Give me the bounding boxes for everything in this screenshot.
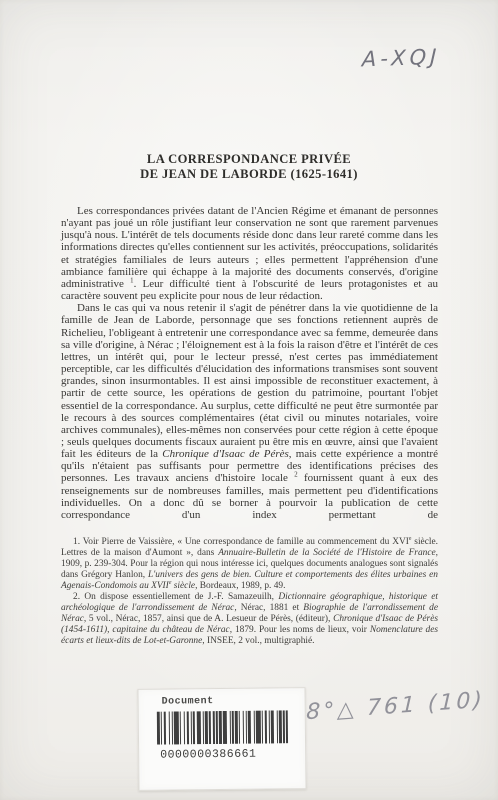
footnotes: 1. Voir Pierre de Vaissière, « Une corre… — [61, 537, 438, 647]
footnote-2: 2. On dispose essentiellement de J.-F. S… — [61, 592, 438, 647]
title-line-2: DE JEAN DE LABORDE (1625-1641) — [0, 167, 498, 182]
barcode-label: Document — [162, 696, 214, 708]
paragraph-1: Les correspondances privées datant de l'… — [61, 205, 438, 302]
barcode-icon — [157, 710, 288, 744]
body-text: Les correspondances privées datant de l'… — [61, 205, 438, 647]
page-title: LA CORRESPONDANCE PRIVÉE DE JEAN DE LABO… — [0, 152, 498, 182]
barcode-sticker: Document 0000000386661 — [137, 687, 306, 791]
title-line-1: LA CORRESPONDANCE PRIVÉE — [0, 152, 498, 167]
handwritten-shelfmark: 8°△ 761 (10) — [306, 688, 486, 726]
barcode-number: 0000000386661 — [160, 748, 256, 762]
handwritten-call-number: A-XQJ — [362, 45, 441, 72]
paragraph-2: Dans le cas qui va nous retenir il s'agi… — [61, 302, 438, 521]
footnote-1: 1. Voir Pierre de Vaissière, « Une corre… — [61, 537, 438, 592]
scanned-page: A-XQJ LA CORRESPONDANCE PRIVÉE DE JEAN D… — [0, 0, 498, 800]
